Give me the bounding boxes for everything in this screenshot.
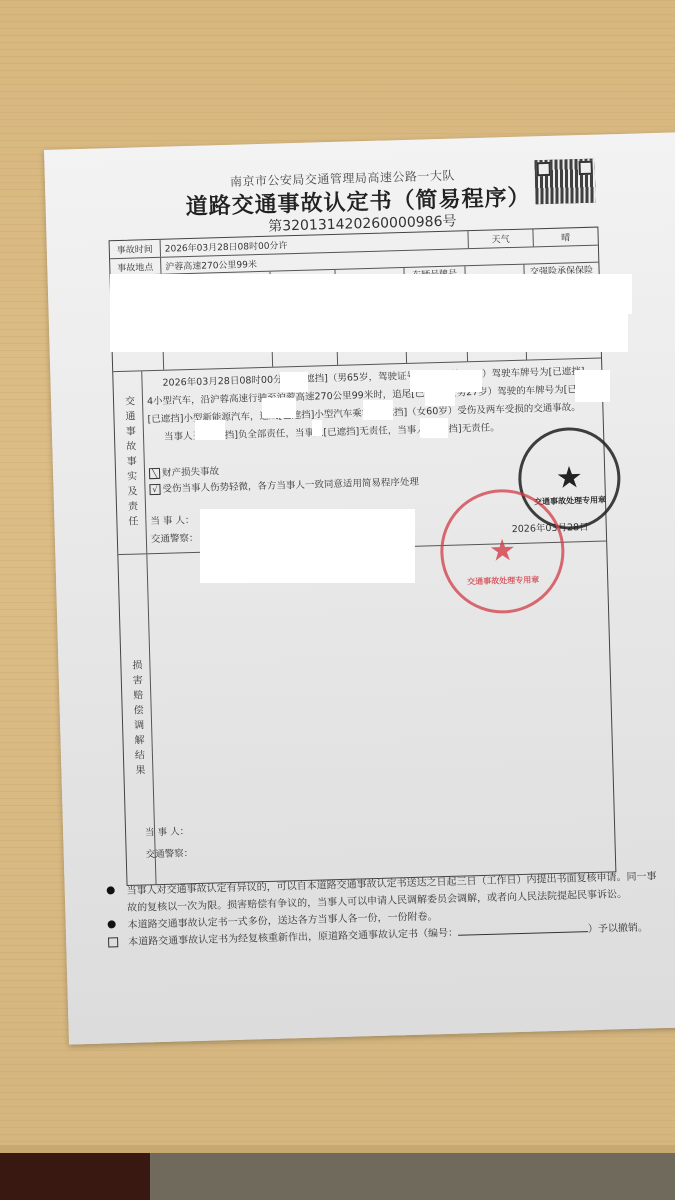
officer-sign-label: 交通警察： — [151, 530, 199, 549]
redaction-box — [262, 398, 296, 418]
redaction-box — [575, 370, 610, 402]
redaction-box — [420, 418, 448, 438]
party-sign-label: 当 事 人： — [150, 512, 195, 531]
checkbox-mark: ╲ — [149, 468, 160, 479]
star-icon: ★ — [556, 463, 584, 494]
signature-redaction-box — [200, 509, 415, 583]
redaction-box — [280, 372, 308, 392]
accident-report-document: 南京市公安局交通管理局高速公路一大队 道路交通事故认定书（简易程序） 第3201… — [44, 132, 675, 1044]
redaction-box — [425, 386, 455, 406]
notes-section: 当事人对交通事故认定有异议的，可以自本道路交通事故认定书送达之日起三日（工作日）… — [105, 868, 667, 952]
blank-line — [458, 921, 588, 936]
checkbox-mark: √ — [149, 484, 160, 495]
weather-value: 晴 — [533, 228, 597, 247]
floor-object — [0, 1153, 150, 1200]
accident-time-label: 事故时间 — [110, 240, 161, 258]
checkbox-icon — [108, 937, 118, 947]
qr-code-icon — [534, 159, 595, 205]
redaction-box — [110, 300, 628, 352]
bullet-icon — [107, 886, 115, 894]
accident-location-label: 事故地点 — [110, 258, 161, 275]
redaction-box — [312, 420, 322, 436]
redaction-box — [195, 420, 225, 440]
mediation-officer-sign-label: 交通警察： — [145, 845, 193, 864]
redaction-box — [363, 400, 393, 420]
mediation-party-sign-label: 当 事 人： — [145, 823, 190, 842]
bullet-icon — [108, 920, 116, 928]
weather-label: 天气 — [468, 229, 533, 248]
star-icon: ★ — [489, 536, 517, 567]
